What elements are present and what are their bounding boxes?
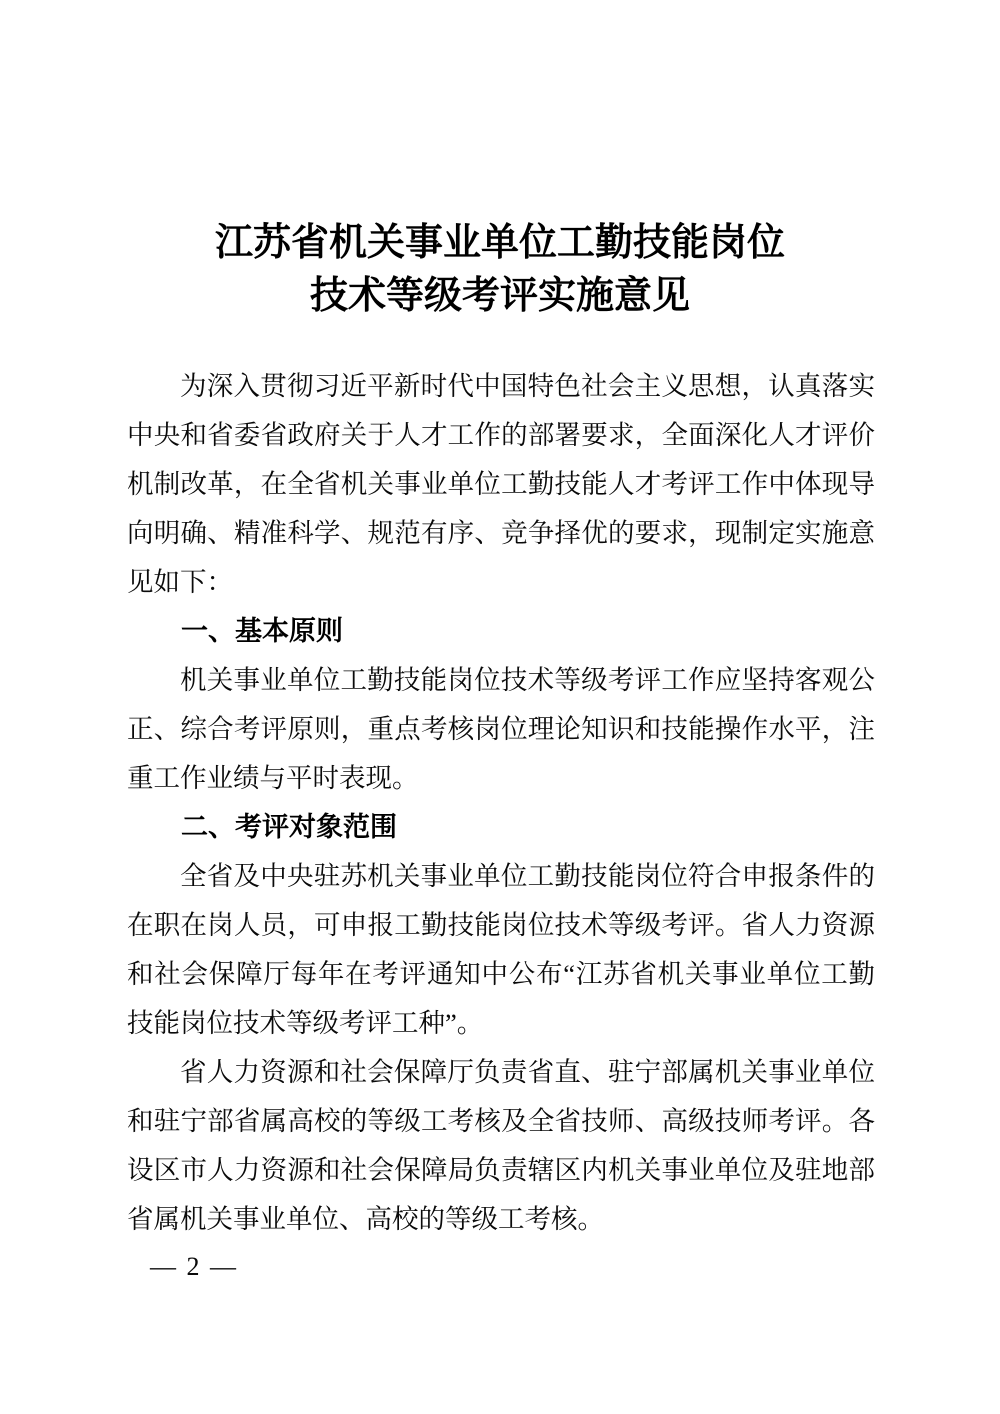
body-paragraph: 机关事业单位工勤技能岗位技术等级考评工作应坚持客观公正、综合考评原则，重点考核岗… — [127, 656, 875, 803]
document-title-line-1: 江苏省机关事业单位工勤技能岗位 — [0, 217, 1000, 270]
section-heading: 二、考评对象范围 — [127, 803, 875, 852]
document-title: 江苏省机关事业单位工勤技能岗位 技术等级考评实施意见 — [0, 217, 1000, 323]
document-title-line-2: 技术等级考评实施意见 — [0, 270, 1000, 323]
section-heading: 一、基本原则 — [127, 607, 875, 656]
body-paragraph: 省人力资源和社会保障厅负责省直、驻宁部属机关事业单位和驻宁部省属高校的等级工考核… — [127, 1048, 875, 1244]
document-body: 为深入贯彻习近平新时代中国特色社会主义思想，认真落实中央和省委省政府关于人才工作… — [127, 362, 875, 1244]
document-page: 江苏省机关事业单位工勤技能岗位 技术等级考评实施意见 为深入贯彻习近平新时代中国… — [0, 0, 1000, 1414]
page-number: — 2 — — [150, 1250, 238, 1284]
body-paragraph: 全省及中央驻苏机关事业单位工勤技能岗位符合申报条件的在职在岗人员，可申报工勤技能… — [127, 852, 875, 1048]
body-paragraph: 为深入贯彻习近平新时代中国特色社会主义思想，认真落实中央和省委省政府关于人才工作… — [127, 362, 875, 607]
